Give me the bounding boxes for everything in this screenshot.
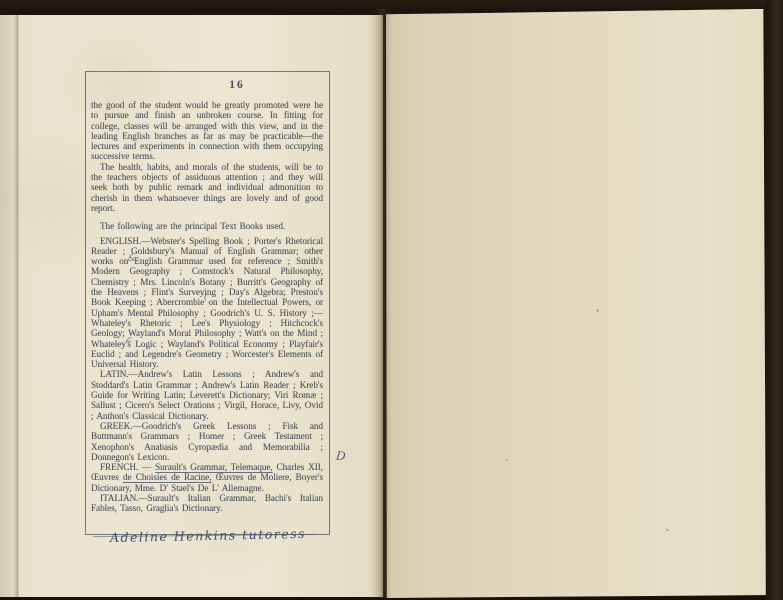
foxing-speck (596, 309, 599, 312)
printed-text-block: 16 the good of the student would be grea… (85, 71, 330, 535)
pencil-insertion-mark: ( (204, 294, 208, 303)
body-text: the good of the student would be greatly… (91, 100, 323, 514)
textbooks-italian: ITALIAN.—Surault's Italian Grammar, Bach… (91, 493, 323, 514)
pencil-insertion-mark: c (127, 336, 133, 345)
textbooks-latin: LATIN.—Andrew's Latin Lessons ; Andrew's… (91, 369, 323, 420)
paragraph-textbooks-intro: The following are the principal Text Boo… (91, 221, 323, 231)
pencil-insertion-mark: & (128, 255, 137, 265)
foxing-speck (506, 459, 508, 461)
french-lead: FRENCH. — (100, 462, 155, 472)
right-page-blank (386, 9, 766, 598)
french-pencil-underlined-2: de Choisies de Racine, (123, 472, 212, 482)
page-number: 16 (121, 79, 353, 91)
scanned-book-spread: 16 the good of the student would be grea… (0, 0, 783, 600)
book-gutter-shadow (372, 9, 392, 598)
textbooks-greek: GREEK.—Goodrich's Greek Lessons ; Fisk a… (91, 421, 323, 462)
textbooks-french: FRENCH. — Surault's Grammar, Telemaque, … (91, 462, 323, 493)
paragraph-continuation: the good of the student would be greatly… (91, 100, 323, 162)
pencil-margin-mark: D (336, 449, 347, 464)
french-pencil-underlined-1: Surault's Grammar, Telemaque, (155, 462, 273, 472)
foxing-speck (666, 529, 669, 531)
book-cover-edge (766, 0, 783, 600)
paragraph-health-morals: The health, habits, and morals of the st… (91, 162, 323, 213)
